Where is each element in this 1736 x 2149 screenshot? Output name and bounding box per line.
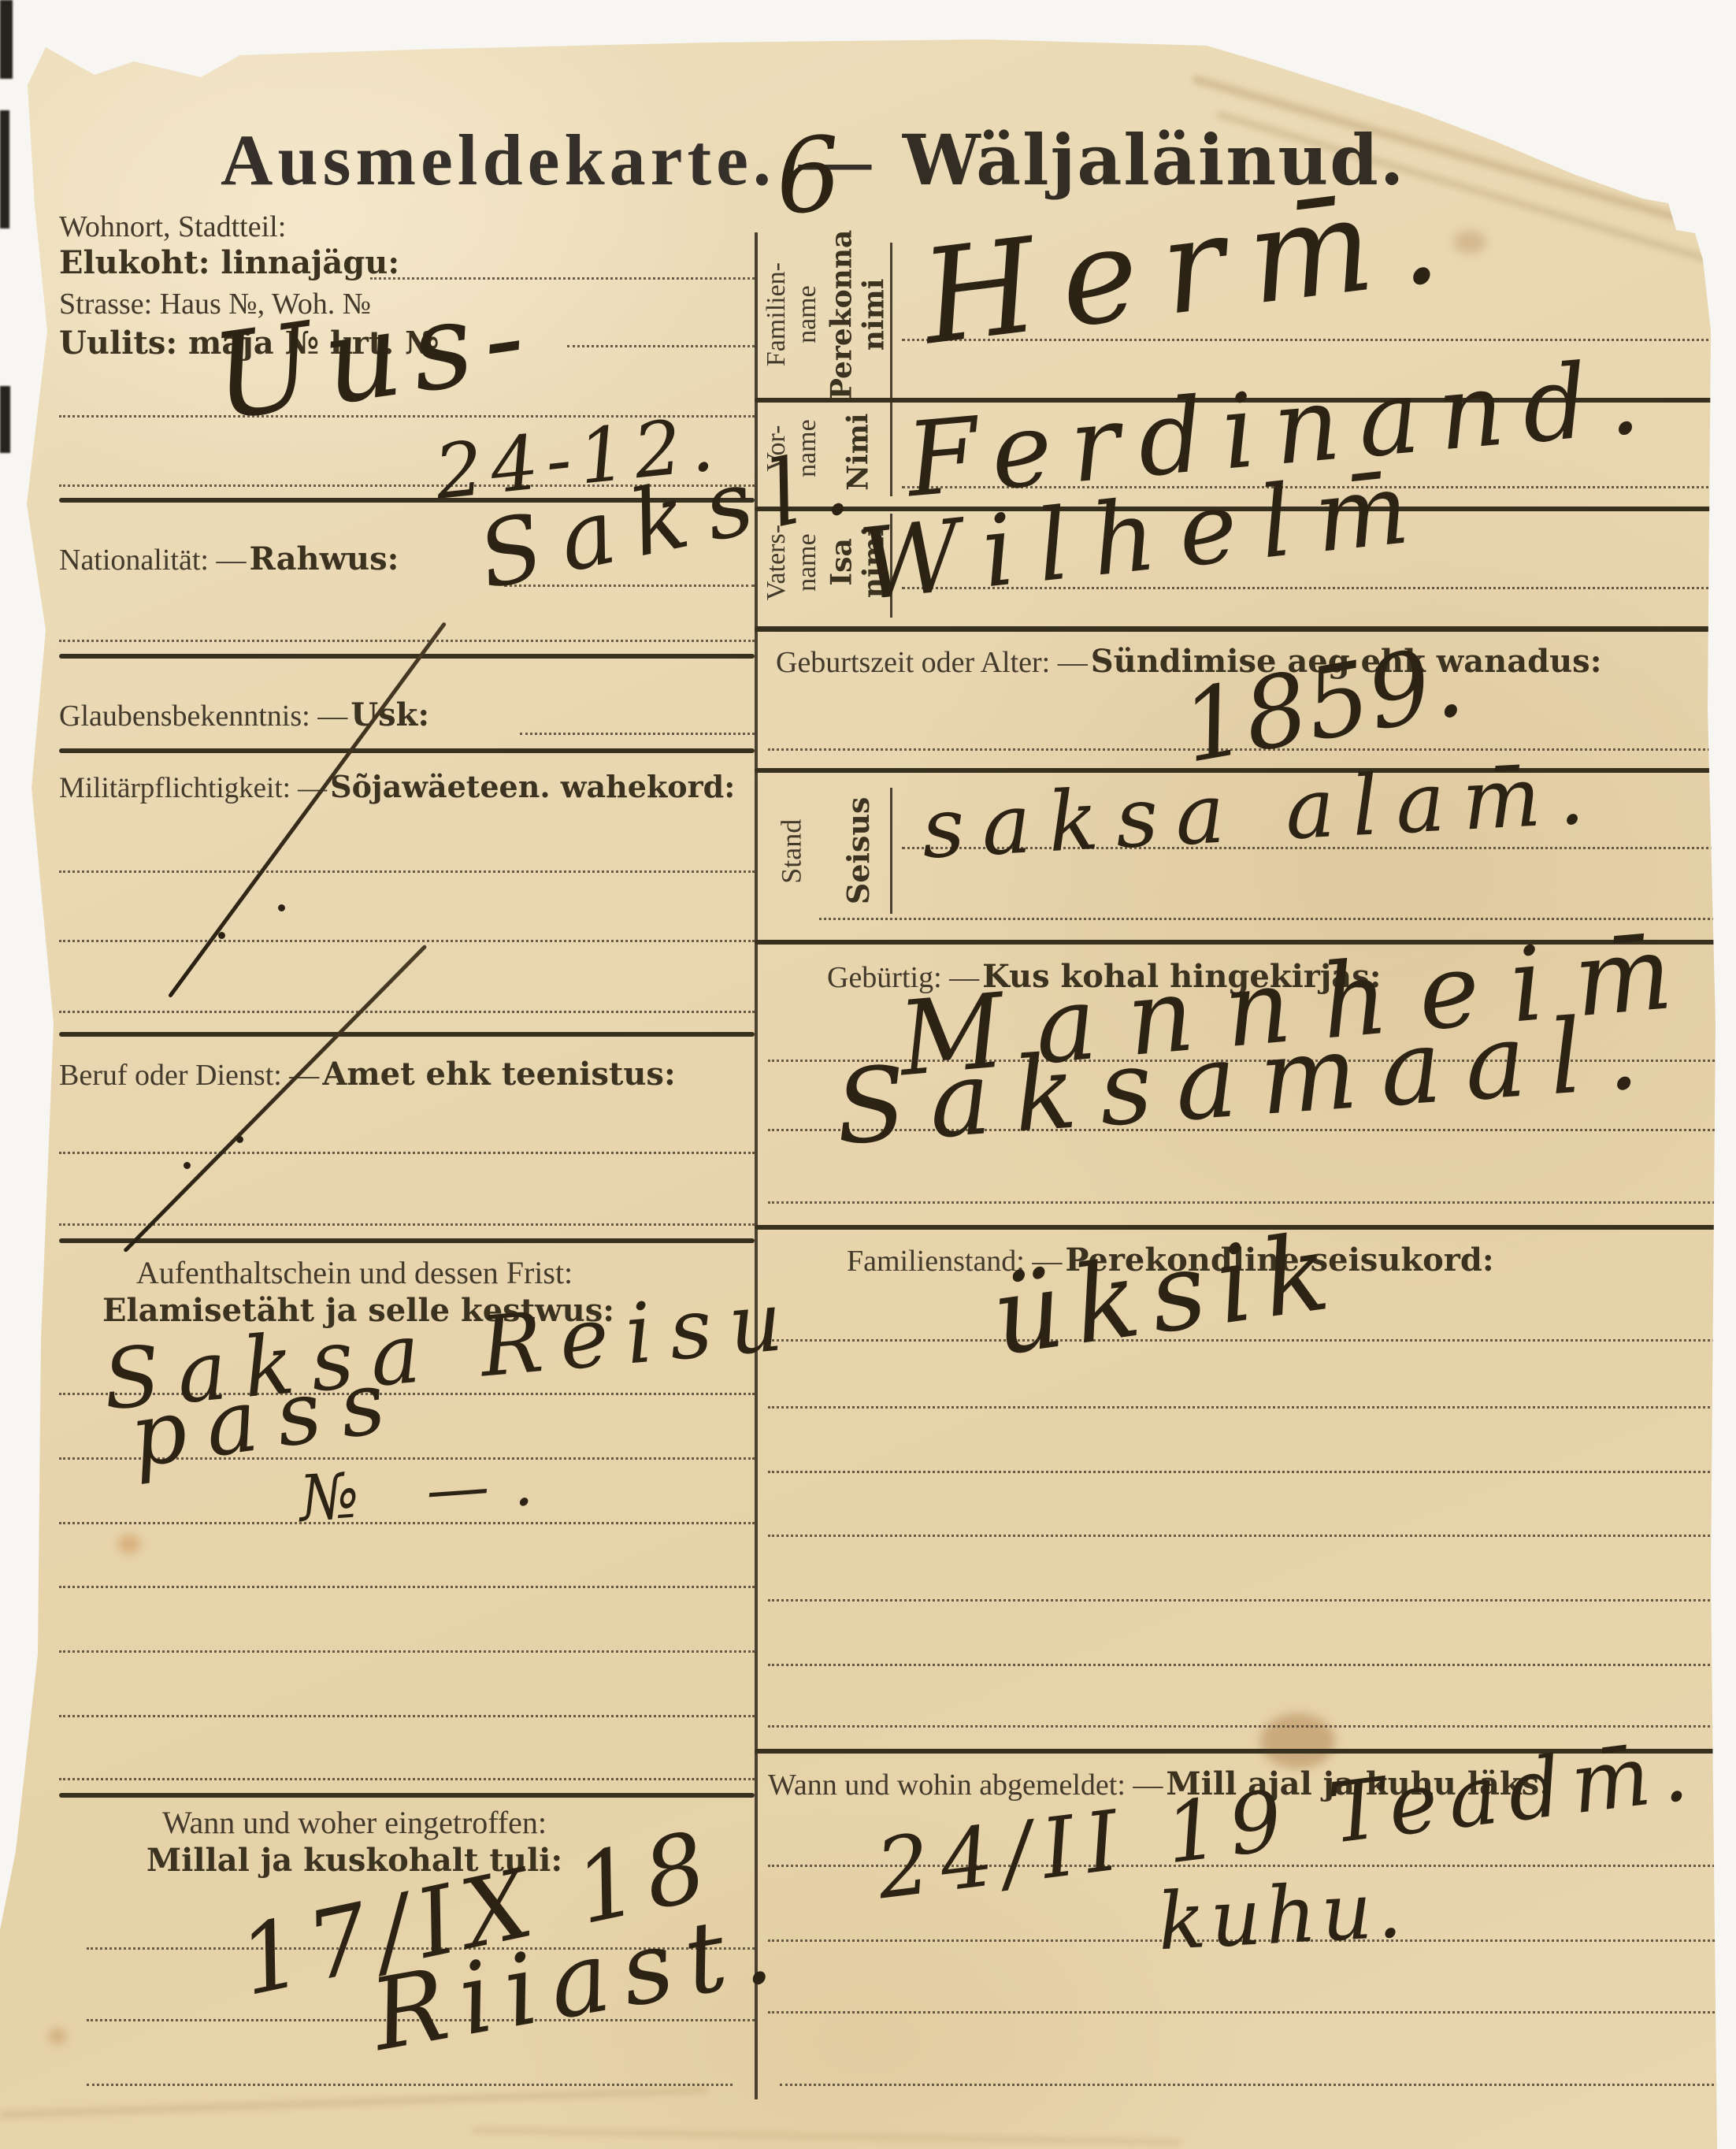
section-divider [59,654,755,659]
ink-stain [1260,1713,1335,1769]
handwritten-permit-line3: № —. [298,1450,558,1531]
birth-label-german: Geburtszeit oder Alter: — [776,646,1088,679]
residence-label-german: Wohnort, Stadtteil: [59,211,286,243]
strike-mark [123,945,427,1253]
section-divider [755,626,1729,632]
ruled-line [768,1725,1729,1728]
scanned-registration-card: { "title": { "de": "Ausmeldekarte. —", "… [0,0,1736,2149]
handwritten-number: 6 [773,122,845,228]
status-label-german-line1: Stand [775,819,807,884]
strike-dot [218,932,225,939]
handwritten-marital-status: üksik [987,1217,1347,1371]
paper-crease [0,2087,709,2118]
nationality-label: Nationalität: — Rahwus: [59,542,399,577]
occupation-label-german: Beruf oder Dienst: — [59,1059,319,1092]
section-divider [59,748,755,753]
ruled-line [768,1599,1729,1602]
nationality-label-estonian: Rahwus: [249,540,399,577]
occupation-label: Beruf oder Dienst: — Amet ehk teenistus: [59,1057,676,1092]
ink-stain [49,2028,66,2044]
ruled-line [768,1535,1729,1537]
permit-label-german: Aufenthaltschein und dessen Frist: [79,1256,630,1290]
residence-label-estonian: Elukoht: linnajägu: [59,246,399,280]
arrival-label-german: Wann und woher eingetroffen: [87,1806,622,1839]
ink-stain [118,1535,140,1553]
strike-dot [236,1136,243,1143]
ruled-line [59,640,755,642]
ruled-line [780,2084,1729,2086]
religion-label-german: Glaubensbekenntnis: — [59,700,347,733]
scanner-edge-artifact [0,110,9,228]
nationality-label-german: Nationalität: — [59,544,246,577]
ruled-line [768,1201,1729,1204]
card-paper: Ausmeldekarte. — Wäljaläinud. 6 Wohnort,… [0,0,1736,2149]
status-label-estonian: Seisus [841,764,876,937]
ruled-line [59,870,755,873]
ruled-line [59,940,755,942]
scanner-edge-artifact [0,386,10,453]
military-label-german: Militärpflichtigkeit: — [59,772,327,804]
ruled-line [768,1664,1729,1666]
paper-crease [473,2127,1181,2146]
ruled-line [59,1715,755,1717]
status-label-estonian-line1: Seisus [841,797,876,904]
scanner-edge-artifact [0,0,13,79]
ruled-line [87,2084,733,2086]
ruled-line [59,1778,755,1780]
ruled-line [59,1011,755,1013]
military-label: Militärpflichtigkeit: — Sõjawäeteen. wah… [59,770,735,804]
label-separator-rule [890,788,892,914]
section-divider [59,1793,755,1798]
ruled-line [59,1223,755,1226]
ruled-line [567,345,755,347]
handwritten-departure-line2: kuhu. [1156,1870,1408,1962]
strike-dot [278,904,285,911]
ruled-line [768,1471,1729,1473]
family-name-label-german-line1: Familien- [761,262,792,366]
status-label-german: Stand [775,765,807,938]
ruled-line [520,733,755,735]
ruled-line [768,1406,1729,1409]
ruled-line [59,1650,755,1653]
section-divider [59,1032,755,1037]
ruled-line [768,2011,1729,2014]
occupation-label-estonian: Amet ehk teenistus: [322,1056,675,1093]
father-name-label-estonian-line1: Isa [826,538,859,585]
ruled-line [59,1152,755,1154]
section-divider [59,1238,755,1243]
ruled-line [59,1586,755,1588]
family-name-label-estonian-line2: nimi [859,279,891,351]
strike-dot [184,1162,191,1169]
family-name-label-german-line2: name [792,285,822,343]
religion-label-estonian: Usk: [351,696,429,733]
military-label-estonian: Sõjawäeteen. wahekord: [330,769,735,804]
